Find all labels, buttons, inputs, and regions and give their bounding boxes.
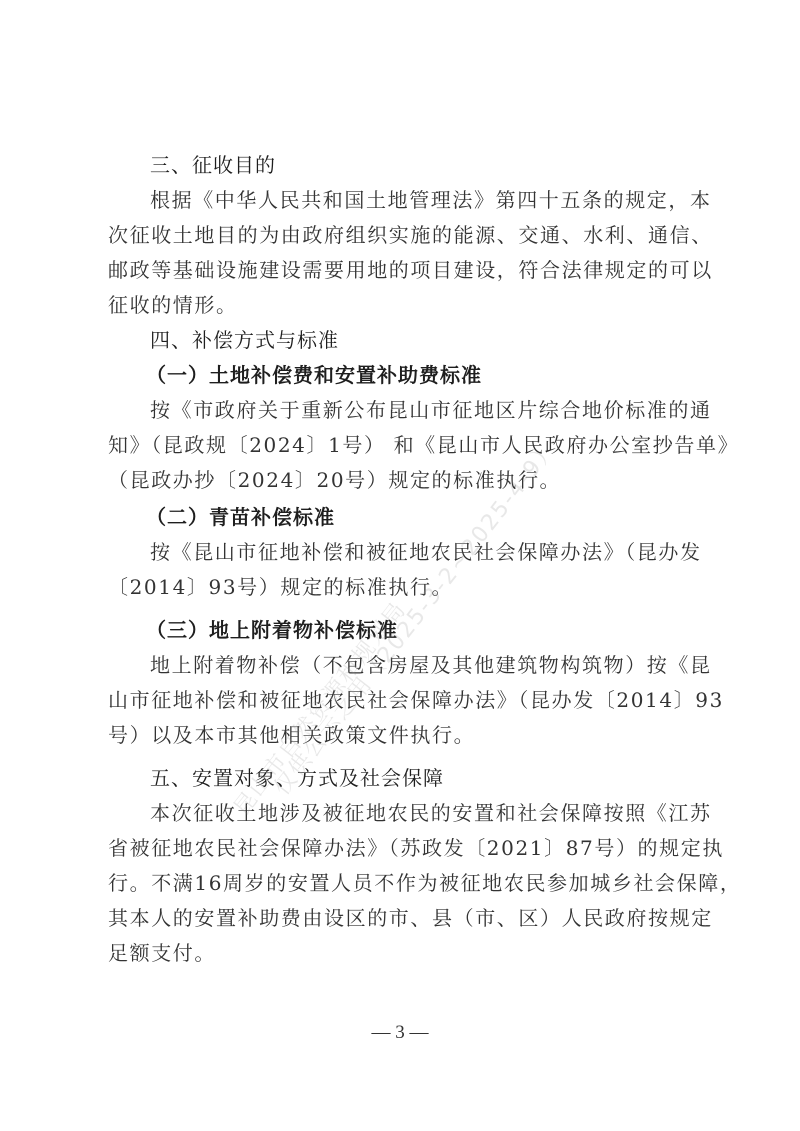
subsection-heading-attachments-compensation: （三）地上附着物补偿标准 xyxy=(108,613,694,648)
paragraph-line: 足额支付。 xyxy=(108,936,694,971)
paragraph-line: 根据《中华人民共和国土地管理法》第四十五条的规定，本 xyxy=(108,183,694,218)
page-number: — 3 — xyxy=(0,1022,800,1044)
subsection-heading-crop-compensation: （二）青苗补偿标准 xyxy=(108,500,694,535)
paragraph-line: （昆政办抄〔2024〕20号）规定的标准执行。 xyxy=(108,463,694,498)
subsection-heading-land-compensation: （一）土地补偿费和安置补助费标准 xyxy=(108,358,694,393)
paragraph-line: 邮政等基础设施建设需要用地的项目建设，符合法律规定的可以 xyxy=(108,253,694,288)
paragraph-line: 次征收土地目的为由政府组织实施的能源、交通、水利、通信、 xyxy=(108,218,694,253)
paragraph-line: 省被征地农民社会保障办法》（苏政发〔2021〕87号）的规定执 xyxy=(108,831,694,866)
paragraph-line: 知》（昆政规〔2024〕1号） 和《昆山市人民政府办公室抄告单》 xyxy=(108,428,694,463)
paragraph-line: 号）以及本市其他相关政策文件执行。 xyxy=(108,718,694,753)
paragraph-line: 征收的情形。 xyxy=(108,288,694,323)
paragraph-line: 本次征收土地涉及被征地农民的安置和社会保障按照《江苏 xyxy=(108,796,694,831)
paragraph-line: 山市征地补偿和被征地农民社会保障办法》（昆办发〔2014〕93 xyxy=(108,683,694,718)
paragraph-line: 地上附着物补偿（不包含房屋及其他建筑物构筑物）按《昆 xyxy=(108,648,694,683)
section-heading-compensation: 四、补偿方式与标准 xyxy=(108,323,694,358)
paragraph-line: 按《市政府关于重新公布昆山市征地区片综合地价标准的通 xyxy=(108,393,694,428)
paragraph-line: 按《昆山市征地补偿和被征地农民社会保障办法》（昆办发 xyxy=(108,535,694,570)
section-heading-resettlement: 五、安置对象、方式及社会保障 xyxy=(108,761,694,796)
paragraph-line: 其本人的安置补助费由设区的市、县（市、区）人民政府按规定 xyxy=(108,901,694,936)
paragraph-line: 〔2014〕93号）规定的标准执行。 xyxy=(108,570,694,605)
section-heading-purpose: 三、征收目的 xyxy=(108,148,694,183)
paragraph-line: 行。不满16周岁的安置人员不作为被征地农民参加城乡社会保障， xyxy=(108,866,694,901)
document-page: 三、征收目的 根据《中华人民共和国土地管理法》第四十五条的规定，本 次征收土地目… xyxy=(108,148,694,971)
